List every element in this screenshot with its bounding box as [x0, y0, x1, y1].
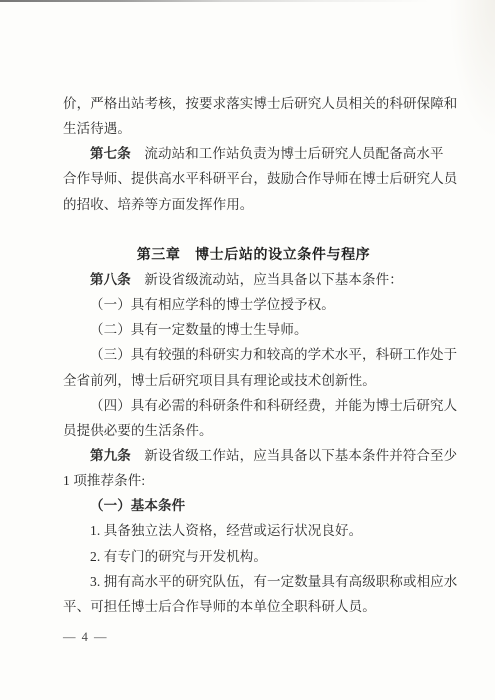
- scan-artifact-top-edge: [0, 0, 430, 2]
- line-text: 1 项推荐条件:: [63, 473, 145, 488]
- document-line: 第七条 流动站和工作站负责为博士后研究人员配备高水平: [63, 141, 444, 166]
- line-text: 3. 拥有高水平的研究队伍，有一定数量具有高级职称或相应水: [90, 574, 457, 589]
- line-text: 价，严格出站考核，按要求落实博士后研究人员相关的科研保障和: [63, 96, 457, 111]
- document-line: 全省前列，博士后研究项目具有理论或技术创新性。: [63, 368, 444, 393]
- line-text: 的招收、培养等方面发挥作用。: [63, 197, 253, 212]
- page-number: — 4 —: [63, 630, 108, 645]
- line-text: （四）具有必需的科研条件和科研经费，并能为博士后研究人: [90, 398, 457, 413]
- document-line: 第九条 新设省级工作站，应当具备以下基本条件并符合至少: [63, 443, 444, 468]
- line-text: 1. 具备独立法人资格，经营或运行状况良好。: [90, 523, 362, 538]
- article-label: 第八条: [90, 272, 131, 287]
- document-line: 第八条 新设省级流动站，应当具备以下基本条件：: [63, 267, 444, 292]
- document-line: 价，严格出站考核，按要求落实博士后研究人员相关的科研保障和: [63, 91, 444, 116]
- document-line: （二）具有一定数量的博士生导师。: [63, 317, 444, 342]
- scan-artifact-corner-smudge: [449, 0, 495, 140]
- document-line: （四）具有必需的科研条件和科研经费，并能为博士后研究人: [63, 393, 444, 418]
- article-label: 第七条: [90, 146, 131, 161]
- line-text: 合作导师、提供高水平科研平台，鼓励合作导师在博士后研究人员: [63, 171, 457, 186]
- document-line: 生活待遇。: [63, 116, 444, 141]
- scanned-document-page: 价，严格出站考核，按要求落实博士后研究人员相关的科研保障和生活待遇。第七条 流动…: [0, 0, 495, 700]
- document-text-block: 价，严格出站考核，按要求落实博士后研究人员相关的科研保障和生活待遇。第七条 流动…: [63, 91, 444, 619]
- document-line: 1 项推荐条件:: [63, 468, 444, 493]
- chapter-heading: 第三章 博士后站的设立条件与程序: [63, 242, 444, 267]
- line-text: 第三章 博士后站的设立条件与程序: [137, 246, 371, 262]
- line-text: 员提供必要的生活条件。: [63, 423, 213, 438]
- document-line: 1. 具备独立法人资格，经营或运行状况良好。: [63, 518, 444, 543]
- document-line: 合作导师、提供高水平科研平台，鼓励合作导师在博士后研究人员: [63, 166, 444, 191]
- document-line: 2. 有专门的研究与开发机构。: [63, 544, 444, 569]
- line-text: 全省前列，博士后研究项目具有理论或技术创新性。: [63, 373, 376, 388]
- document-line: 平、可担任博士后合作导师的本单位全职科研人员。: [63, 594, 444, 619]
- document-line: 员提供必要的生活条件。: [63, 418, 444, 443]
- line-text: 新设省级工作站，应当具备以下基本条件并符合至少: [131, 448, 457, 463]
- document-line: 的招收、培养等方面发挥作用。: [63, 192, 444, 217]
- article-label: （一）基本条件: [90, 498, 185, 513]
- document-line: （三）具有较强的科研实力和较高的学术水平，科研工作处于: [63, 342, 444, 367]
- document-line: （一）基本条件: [63, 493, 444, 518]
- line-text: 生活待遇。: [63, 121, 131, 136]
- document-line: 3. 拥有高水平的研究队伍，有一定数量具有高级职称或相应水: [63, 569, 444, 594]
- line-text: （三）具有较强的科研实力和较高的学术水平，科研工作处于: [90, 347, 457, 362]
- line-text: 新设省级流动站，应当具备以下基本条件：: [131, 272, 403, 287]
- line-text: （二）具有一定数量的博士生导师。: [90, 322, 308, 337]
- line-text: 平、可担任博士后合作导师的本单位全职科研人员。: [63, 599, 376, 614]
- line-text: （一）具有相应学科的博士学位授予权。: [90, 297, 335, 312]
- article-label: 第九条: [90, 448, 131, 463]
- document-line: （一）具有相应学科的博士学位授予权。: [63, 292, 444, 317]
- line-text: 2. 有专门的研究与开发机构。: [90, 549, 267, 564]
- blank-line: [63, 217, 444, 242]
- line-text: 流动站和工作站负责为博士后研究人员配备高水平: [131, 146, 444, 161]
